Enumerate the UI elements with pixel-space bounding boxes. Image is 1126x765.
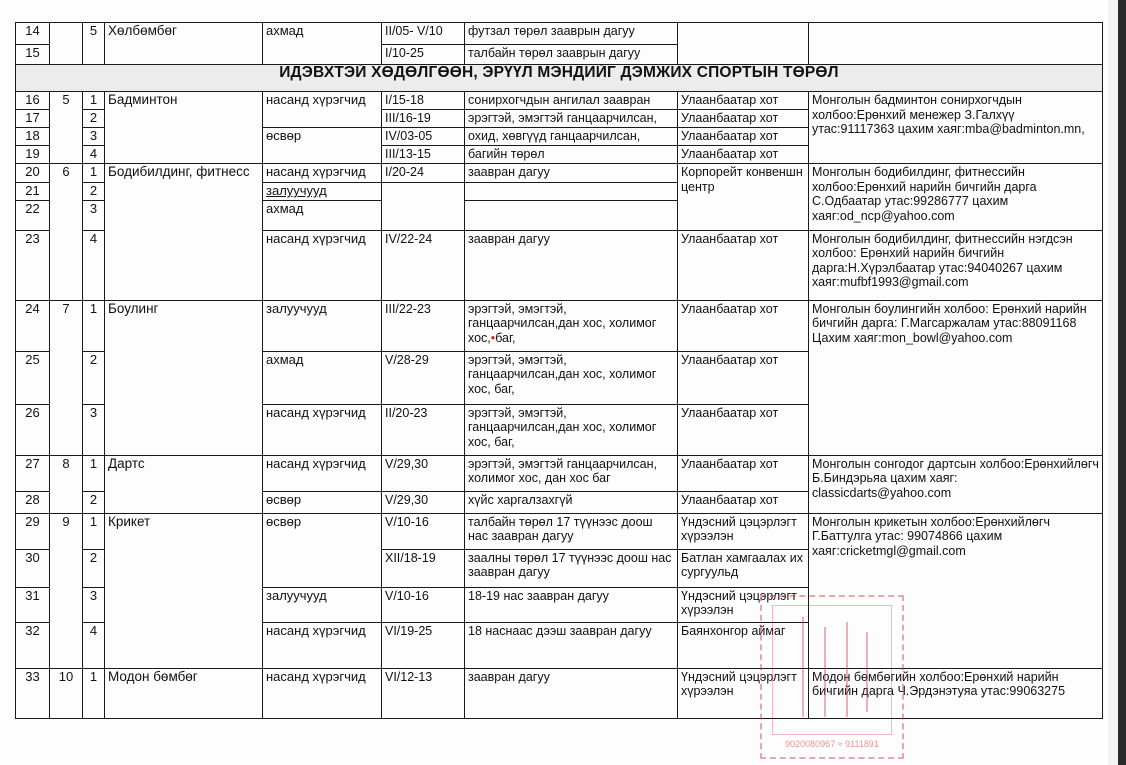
contact-info: Монголын бодибилдинг, фитнессийн нэгдсэн…	[809, 230, 1103, 300]
sub-number: 2	[83, 110, 105, 128]
event-description: талбайн төрөл зааврын дагуу	[465, 45, 678, 65]
event-place: Баянхонгор аймаг	[678, 622, 809, 668]
event-description: 18-19 нас заавран дагуу	[465, 587, 678, 622]
contact-info	[809, 23, 1103, 65]
sub-number: 4	[83, 230, 105, 300]
group-number: 10	[50, 668, 83, 718]
event-place: Улаанбаатар хот	[678, 491, 809, 513]
row-number: 16	[16, 92, 50, 110]
sub-number: 1	[83, 513, 105, 549]
page-edge-shadow	[1118, 0, 1126, 765]
sub-number: 5	[83, 23, 105, 65]
contact-info: Монголын боулингийн холбоо: Ерөнхий нари…	[809, 300, 1103, 455]
event-place: Улаанбаатар хот	[678, 128, 809, 146]
event-place: Улаанбаатар хот	[678, 404, 809, 455]
group-number: 6	[50, 164, 83, 301]
row-number: 20	[16, 164, 50, 183]
section-heading: ИДЭВХТЭЙ ХӨДӨЛГӨӨН, ЭРҮҮЛ МЭНДИЙГ ДЭМЖИХ…	[16, 65, 1103, 92]
event-place: Улаанбаатар хот	[678, 300, 809, 351]
page-margin	[1108, 0, 1118, 765]
event-date: V/28-29	[382, 351, 465, 404]
contact-info: Монголын сонгодог дартсын холбоо:Ерөнхий…	[809, 455, 1103, 513]
event-description: заалны төрөл 17 түүнээс доош нас заавран…	[465, 549, 678, 587]
group-number: 7	[50, 300, 83, 455]
group-number	[50, 23, 83, 65]
table-row: 27 8 1 Дартс насанд хүрэгчид V/29,30 эрэ…	[16, 455, 1103, 491]
sport-name: Дартс	[105, 455, 263, 513]
event-description: эрэгтэй, эмэгтэй ганцаарчилсан, холимог …	[465, 455, 678, 491]
event-date: VI/19-25	[382, 622, 465, 668]
age-group: залуучууд	[263, 183, 382, 201]
sub-number: 2	[83, 549, 105, 587]
description-text: баг,	[495, 331, 515, 345]
event-date: V/29,30	[382, 455, 465, 491]
row-number: 32	[16, 622, 50, 668]
group-number: 5	[50, 92, 83, 164]
event-date	[382, 183, 465, 231]
sub-number: 3	[83, 404, 105, 455]
sub-number: 1	[83, 455, 105, 491]
event-description: охид, хөвгүүд ганцаарчилсан,	[465, 128, 678, 146]
sub-number: 1	[83, 668, 105, 718]
sport-name: Крикет	[105, 513, 263, 668]
row-number: 30	[16, 549, 50, 587]
table-row: 33 10 1 Модон бөмбөг насанд хүрэгчид VI/…	[16, 668, 1103, 718]
event-place: Корпорейт конвеншн центр	[678, 164, 809, 231]
event-place: Үндэсний цэцэрлэгт хүрээлэн	[678, 513, 809, 549]
row-number: 17	[16, 110, 50, 128]
event-description: эрэгтэй, эмэгтэй, ганцаарчилсан,дан хос,…	[465, 351, 678, 404]
event-date: I/20-24	[382, 164, 465, 183]
sub-number: 2	[83, 351, 105, 404]
event-date: IV/03-05	[382, 128, 465, 146]
age-group: залуучууд	[263, 300, 382, 351]
age-group: насанд хүрэгчид	[263, 455, 382, 491]
event-date: VI/12-13	[382, 668, 465, 718]
event-date: II/05- V/10	[382, 23, 465, 45]
table-row: 29 9 1 Крикет өсвөр V/10-16 талбайн төрө…	[16, 513, 1103, 549]
event-description: эрэгтэй, эмэгтэй, ганцаарчилсан,дан хос,…	[465, 404, 678, 455]
event-place	[678, 23, 809, 65]
row-number: 21	[16, 183, 50, 201]
row-number: 19	[16, 146, 50, 164]
row-number: 15	[16, 45, 50, 65]
age-group: насанд хүрэгчид	[263, 164, 382, 183]
event-description: заавран дагуу	[465, 230, 678, 300]
row-number: 23	[16, 230, 50, 300]
event-date: IV/22-24	[382, 230, 465, 300]
row-number: 25	[16, 351, 50, 404]
contact-info: Модон бөмбөгийн холбоо:Ерөнхий нарийн би…	[809, 668, 1103, 718]
sub-number: 3	[83, 128, 105, 146]
table-row: 14 5 Хөлбөмбөг ахмад II/05- V/10 футзал …	[16, 23, 1103, 45]
sports-events-table: 14 5 Хөлбөмбөг ахмад II/05- V/10 футзал …	[15, 22, 1103, 719]
event-description: багийн төрөл	[465, 146, 678, 164]
event-place: Батлан хамгаалах их сургуульд	[678, 549, 809, 587]
row-number: 29	[16, 513, 50, 549]
row-number: 14	[16, 23, 50, 45]
sub-number: 2	[83, 491, 105, 513]
table-row: 16 5 1 Бадминтон насанд хүрэгчид I/15-18…	[16, 92, 1103, 110]
sport-name: Модон бөмбөг	[105, 668, 263, 718]
age-group: өсвөр	[263, 128, 382, 164]
contact-info: Монголын бадминтон сонирхогчдын холбоо:Е…	[809, 92, 1103, 164]
sub-number: 1	[83, 164, 105, 183]
section-heading-row: ИДЭВХТЭЙ ХӨДӨЛГӨӨН, ЭРҮҮЛ МЭНДИЙГ ДЭМЖИХ…	[16, 65, 1103, 92]
sub-number: 1	[83, 92, 105, 110]
event-description: заавран дагуу	[465, 668, 678, 718]
event-description: эрэгтэй, эмэгтэй, ганцаарчилсан,дан хос,…	[465, 300, 678, 351]
age-group: залуучууд	[263, 587, 382, 622]
event-place: Улаанбаатар хот	[678, 110, 809, 128]
row-number: 18	[16, 128, 50, 146]
event-description	[465, 200, 678, 230]
group-number: 9	[50, 513, 83, 668]
event-place: Улаанбаатар хот	[678, 146, 809, 164]
group-number: 8	[50, 455, 83, 513]
sub-number: 4	[83, 146, 105, 164]
age-group: өсвөр	[263, 491, 382, 513]
event-date: II/20-23	[382, 404, 465, 455]
sport-name: Хөлбөмбөг	[105, 23, 263, 65]
event-date: XII/18-19	[382, 549, 465, 587]
row-number: 27	[16, 455, 50, 491]
row-number: 28	[16, 491, 50, 513]
event-date: V/29,30	[382, 491, 465, 513]
event-description: хүйс харгалзахгүй	[465, 491, 678, 513]
event-place: Үндэсний цэцэрлэгт хүрээлэн	[678, 668, 809, 718]
row-number: 26	[16, 404, 50, 455]
sub-number: 1	[83, 300, 105, 351]
row-number: 31	[16, 587, 50, 622]
event-date: III/22-23	[382, 300, 465, 351]
stamp-number: 9020080967 ≈ 9111891	[762, 739, 902, 749]
event-description	[465, 183, 678, 201]
event-place: Улаанбаатар хот	[678, 351, 809, 404]
sub-number: 2	[83, 183, 105, 201]
event-date: III/13-15	[382, 146, 465, 164]
sub-number: 4	[83, 622, 105, 668]
row-number: 33	[16, 668, 50, 718]
age-group: насанд хүрэгчид	[263, 668, 382, 718]
sport-name: Боулинг	[105, 300, 263, 455]
event-place: Улаанбаатар хот	[678, 92, 809, 110]
event-date: I/10-25	[382, 45, 465, 65]
row-number: 24	[16, 300, 50, 351]
age-group: насанд хүрэгчид	[263, 230, 382, 300]
table-row: 20 6 1 Бодибилдинг, фитнесс насанд хүрэг…	[16, 164, 1103, 183]
sub-number: 3	[83, 200, 105, 230]
event-date: V/10-16	[382, 587, 465, 622]
age-group: өсвөр	[263, 513, 382, 587]
row-number: 22	[16, 200, 50, 230]
event-place: Улаанбаатар хот	[678, 455, 809, 491]
age-group: ахмад	[263, 351, 382, 404]
event-description: талбайн төрөл 17 түүнээс доош нас заавра…	[465, 513, 678, 549]
contact-info: Монголын крикетын холбоо:Ерөнхийлөгч Г.Б…	[809, 513, 1103, 668]
event-description: 18 наснаас дээш заавран дагуу	[465, 622, 678, 668]
sport-name: Бадминтон	[105, 92, 263, 164]
event-place: Улаанбаатар хот	[678, 230, 809, 300]
event-date: III/16-19	[382, 110, 465, 128]
contact-info: Монголын бодибилдинг, фитнессийн холбоо:…	[809, 164, 1103, 231]
age-group: ахмад	[263, 200, 382, 230]
sport-name: Бодибилдинг, фитнесс	[105, 164, 263, 301]
age-group: насанд хүрэгчид	[263, 622, 382, 668]
event-description: сонирхогчдын ангилал заавран	[465, 92, 678, 110]
event-place: Үндэсний цэцэрлэгт хүрээлэн	[678, 587, 809, 622]
table-row: 24 7 1 Боулинг залуучууд III/22-23 эрэгт…	[16, 300, 1103, 351]
age-group: ахмад	[263, 23, 382, 65]
age-group: насанд хүрэгчид	[263, 404, 382, 455]
event-date: I/15-18	[382, 92, 465, 110]
age-group: насанд хүрэгчид	[263, 92, 382, 128]
event-date: V/10-16	[382, 513, 465, 549]
sub-number: 3	[83, 587, 105, 622]
event-description: эрэгтэй, эмэгтэй ганцаарчилсан,	[465, 110, 678, 128]
event-description: заавран дагуу	[465, 164, 678, 183]
event-description: футзал төрөл зааврын дагуу	[465, 23, 678, 45]
